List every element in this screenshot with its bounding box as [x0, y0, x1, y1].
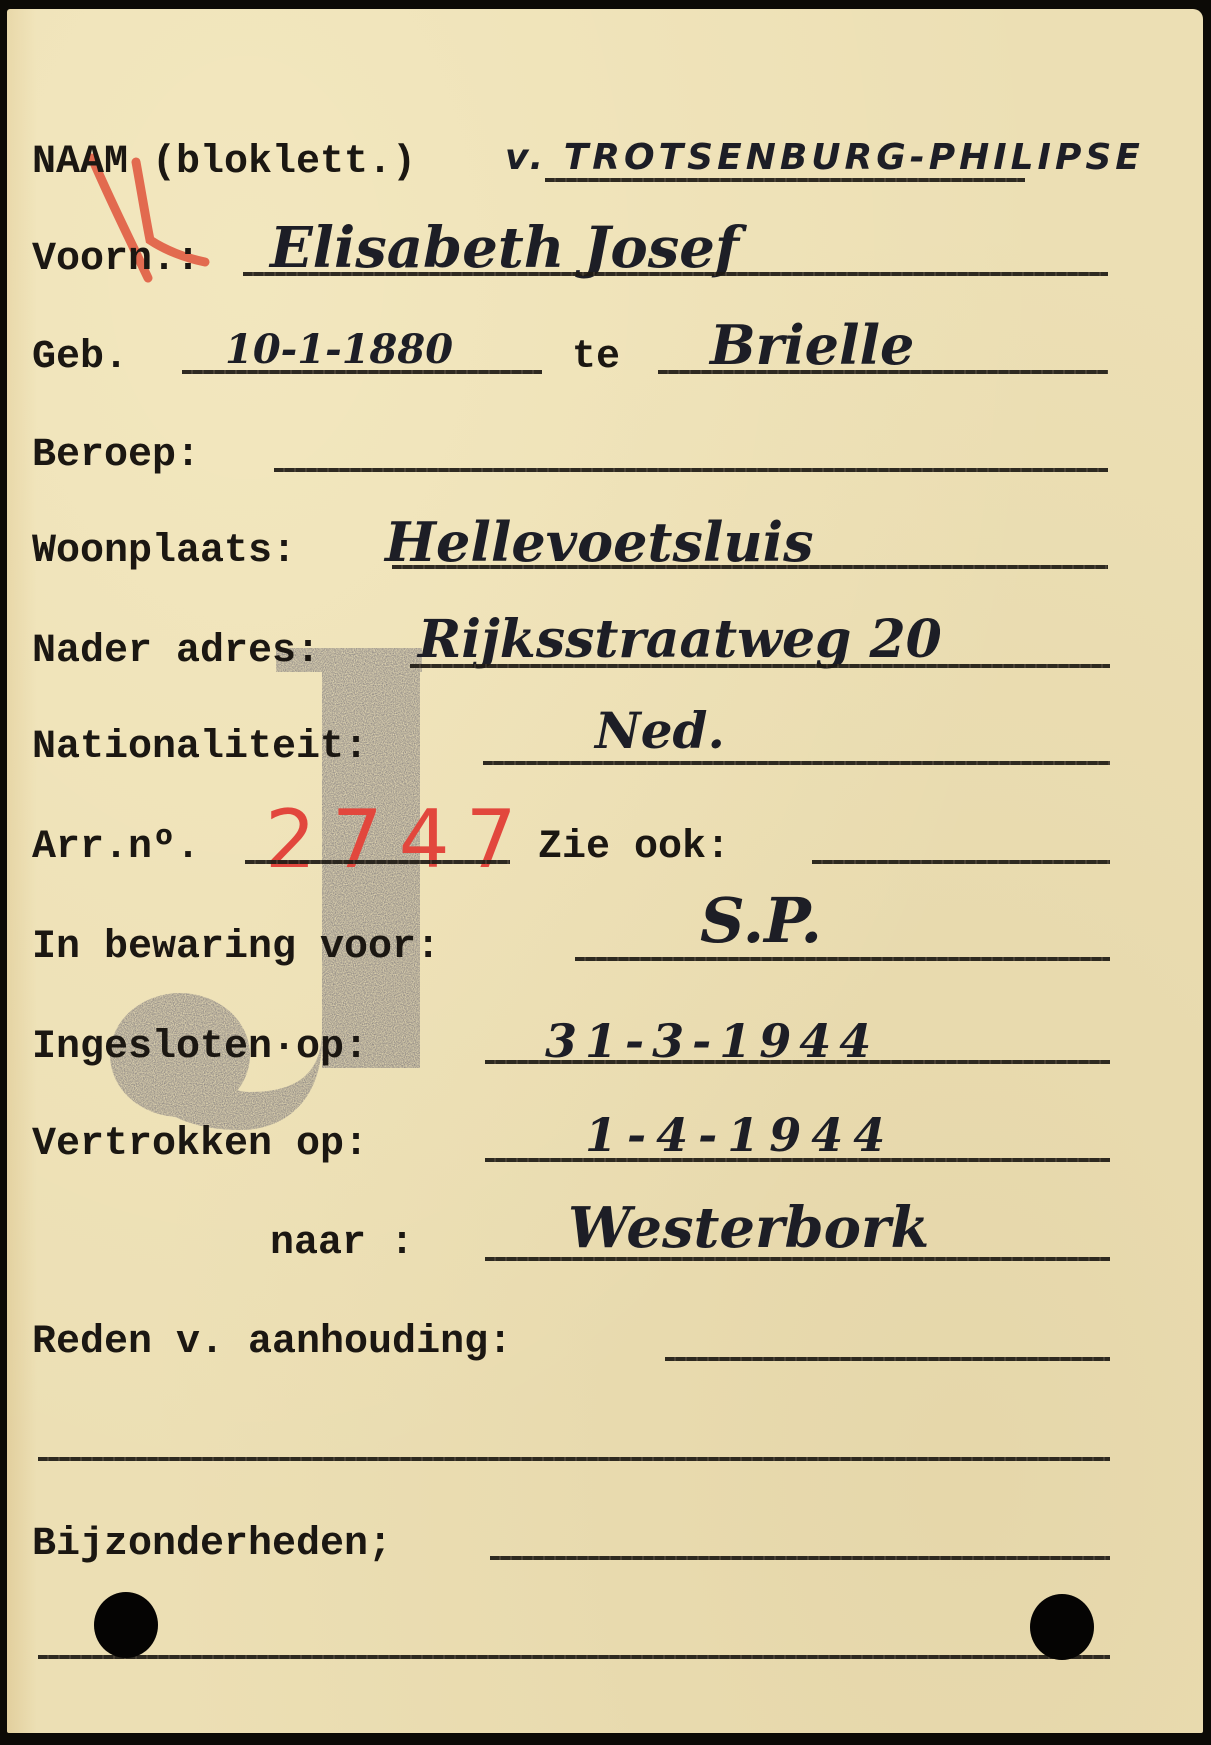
- geboren-date-rule: [182, 370, 542, 374]
- punch-hole-left: [94, 1592, 158, 1658]
- nader-adres-value: Rijksstraatweg 20: [418, 614, 942, 666]
- woonplaats-rule: [392, 565, 1108, 569]
- geboren-te-label: te: [572, 338, 620, 378]
- zie-ook-label: Zie ook:: [538, 828, 730, 868]
- naar-rule: [485, 1257, 1110, 1261]
- ingesloten-op-value: 31-3-1944: [545, 1018, 879, 1064]
- voornamen-rule: [243, 272, 1108, 276]
- naam-value: v. TROTSENBURG-PHILIPSE: [505, 140, 1144, 176]
- nationaliteit-label: Nationaliteit:: [32, 728, 368, 768]
- bijzonderheden-rule: [490, 1556, 1110, 1560]
- in-bewaring-voor-label: In bewaring voor:: [32, 928, 440, 968]
- in-bewaring-voor-rule: [575, 957, 1110, 961]
- in-bewaring-voor-value: S.P.: [700, 890, 822, 952]
- bijzonderheden-rule-2: [38, 1655, 1110, 1659]
- ingesloten-op-label: Ingesloten·op:: [32, 1028, 368, 1068]
- beroep-label: Beroep:: [32, 436, 200, 476]
- vertrokken-op-value: 1-4-1944: [585, 1112, 895, 1158]
- geboren-place-value: Brielle: [710, 318, 914, 372]
- zie-ook-rule: [812, 860, 1110, 864]
- nader-adres-rule: [410, 664, 1110, 668]
- reden-aanhouding-label: Reden v. aanhouding:: [32, 1323, 512, 1363]
- nationaliteit-rule: [483, 761, 1110, 765]
- geboren-place-rule: [658, 370, 1108, 374]
- woonplaats-value: Hellevoetsluis: [385, 515, 814, 569]
- nader-adres-label: Nader adres:: [32, 632, 320, 672]
- beroep-rule: [274, 468, 1108, 472]
- woonplaats-label: Woonplaats:: [32, 532, 296, 572]
- naar-value: Westerbork: [568, 1200, 929, 1256]
- geboren-label: Geb.: [32, 338, 128, 378]
- voornamen-label: Voorn.:: [32, 240, 200, 280]
- reden-aanhouding-rule-2: [38, 1457, 1110, 1461]
- reden-aanhouding-rule: [665, 1357, 1110, 1361]
- naam-rule: [545, 178, 1025, 182]
- naar-label: naar :: [270, 1224, 414, 1264]
- voornamen-value: Elisabeth Josef: [270, 220, 739, 276]
- punch-hole-right: [1030, 1594, 1094, 1660]
- geboren-date-value: 10-1-1880: [225, 330, 453, 370]
- vertrokken-op-rule: [485, 1158, 1110, 1162]
- arr-nr-value: 2747: [265, 800, 533, 880]
- ingesloten-op-rule: [485, 1060, 1110, 1064]
- bijzonderheden-label: Bijzonderheden;: [32, 1525, 392, 1565]
- vertrokken-op-label: Vertrokken op:: [32, 1125, 368, 1165]
- arr-nr-rule: [245, 860, 510, 864]
- naam-label: NAAM (bloklett.): [32, 143, 416, 183]
- nationaliteit-value: Ned.: [595, 706, 725, 756]
- arr-nr-label: Arr.nº.: [32, 828, 200, 868]
